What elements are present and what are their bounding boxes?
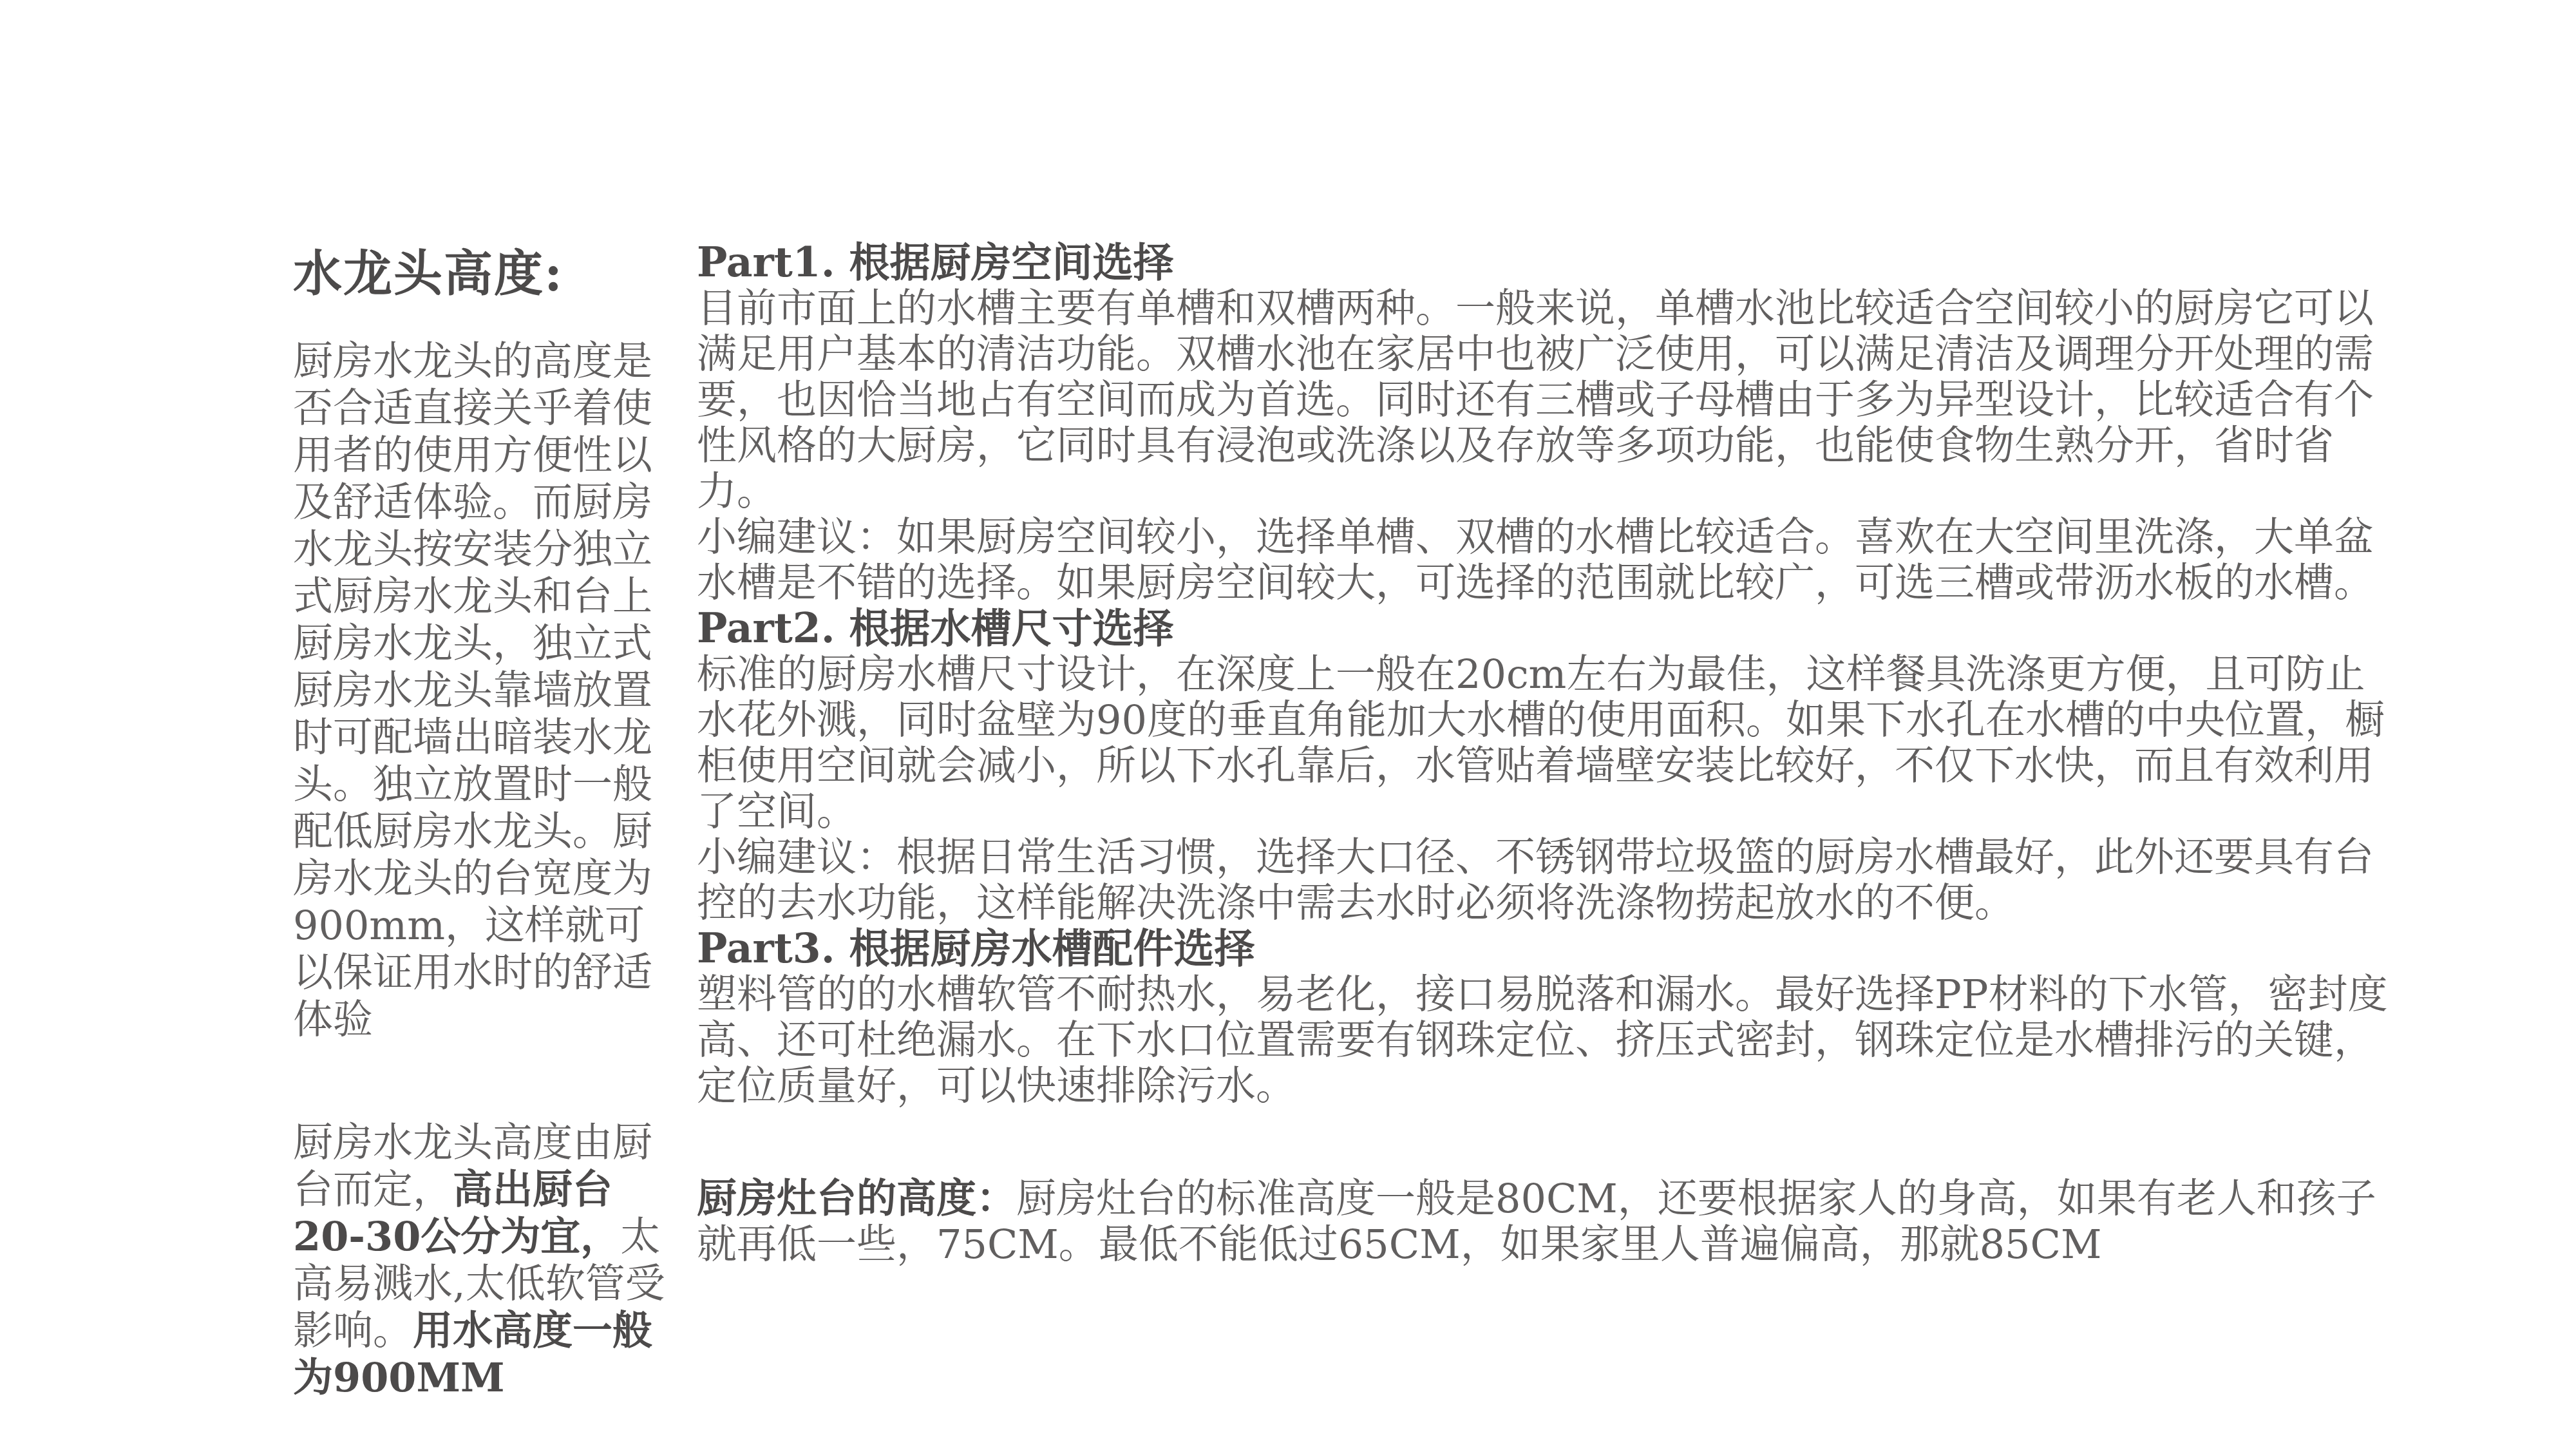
section-heading-part1: Part1. 根据厨房空间选择 bbox=[697, 240, 2397, 285]
right-column: Part1. 根据厨房空间选择目前市面上的水槽主要有单槽和双槽两种。一般来说，单… bbox=[697, 240, 2397, 1267]
section-tip-part1: 小编建议：如果厨房空间较小，选择单槽、双槽的水槽比较适合。喜欢在大空间里洗涤，大… bbox=[697, 514, 2397, 606]
section-heading-part3: Part3. 根据厨房水槽配件选择 bbox=[697, 926, 2397, 971]
section-body-part1: 目前市面上的水槽主要有单槽和双槽两种。一般来说，单槽水池比较适合空间较小的厨房它… bbox=[697, 285, 2397, 514]
faucet-height-paragraph-2: 厨房水龙头高度由厨台而定，高出厨台20-30公分为宜，太高易溅水,太低软管受影响… bbox=[293, 1119, 677, 1401]
faucet-height-heading: 水龙头高度: bbox=[293, 246, 677, 301]
stove-height-label: 厨房灶台的高度： bbox=[697, 1175, 1016, 1222]
section-heading-part2: Part2. 根据水槽尺寸选择 bbox=[697, 606, 2397, 651]
stove-height-paragraph: 厨房灶台的高度：厨房灶台的标准高度一般是80CM，还要根据家人的身高，如果有老人… bbox=[697, 1176, 2397, 1267]
section-tip-part2: 小编建议：根据日常生活习惯，选择大口径、不锈钢带垃圾篮的厨房水槽最好，此外还要具… bbox=[697, 834, 2397, 926]
section-body-part3: 塑料管的的水槽软管不耐热水，易老化，接口易脱落和漏水。最好选择PP材料的下水管，… bbox=[697, 971, 2397, 1109]
section-body-part2: 标准的厨房水槽尺寸设计，在深度上一般在20cm左右为最佳，这样餐具洗涤更方便，且… bbox=[697, 651, 2397, 834]
faucet-height-paragraph-1: 厨房水龙头的高度是否合适直接关乎着使用者的使用方便性以及舒适体验。而厨房水龙头按… bbox=[293, 338, 677, 1043]
left-column: 水龙头高度: 厨房水龙头的高度是否合适直接关乎着使用者的使用方便性以及舒适体验。… bbox=[293, 246, 677, 1401]
part-sections: Part1. 根据厨房空间选择目前市面上的水槽主要有单槽和双槽两种。一般来说，单… bbox=[697, 240, 2397, 1109]
